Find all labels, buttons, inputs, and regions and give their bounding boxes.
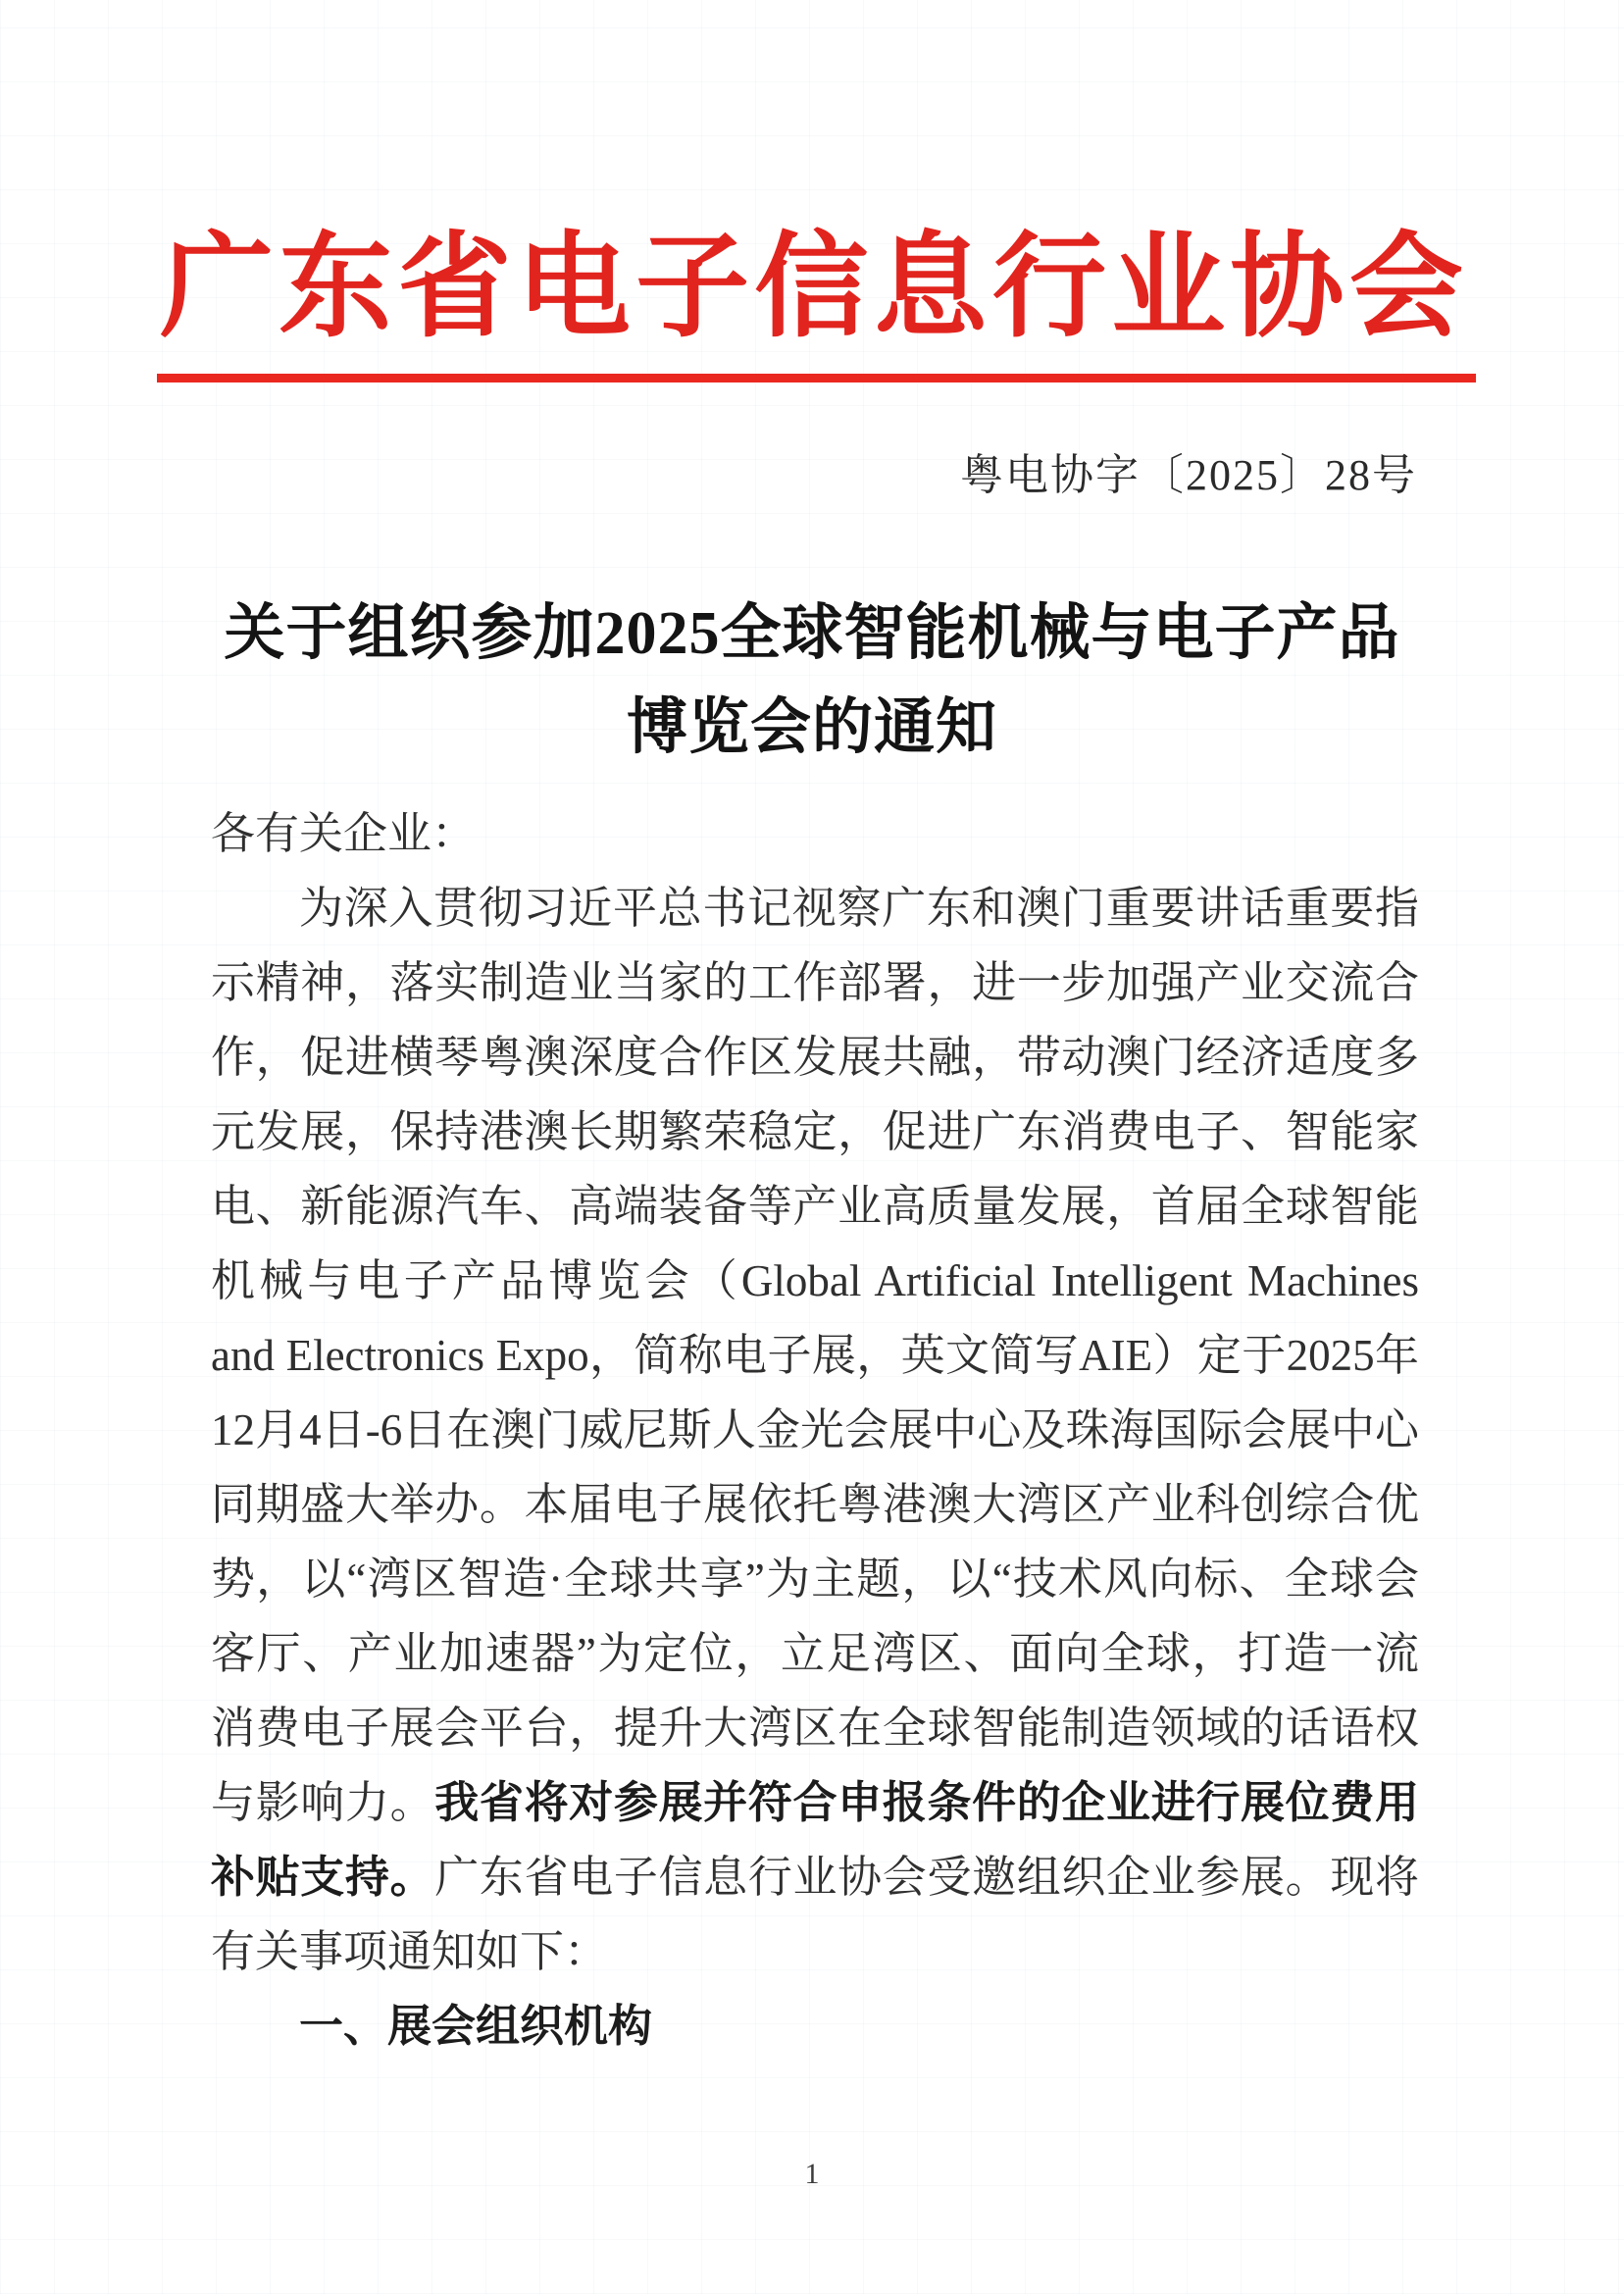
letterhead-org-name: 广东省电子信息行业协会 — [160, 218, 1464, 360]
main-paragraph: 为深入贯彻习近平总书记视察广东和澳门重要讲话重要指示精神，落实制造业当家的工作部… — [211, 871, 1419, 1989]
document-page: 广东省电子信息行业协会 粤电协字〔2025〕28号 关于组织参加2025全球智能… — [0, 0, 1624, 2294]
document-number: 粤电协字〔2025〕28号 — [960, 439, 1417, 502]
document-title-line2: 博览会的通知 — [0, 681, 1624, 775]
page-number: 1 — [0, 2158, 1624, 2191]
document-title-line1: 关于组织参加2025全球智能机械与电子产品 — [0, 586, 1624, 681]
letterhead-divider — [157, 374, 1476, 382]
paragraph-text: 为深入贯彻习近平总书记视察广东和澳门重要讲话重要指示精神，落实制造业当家的工作部… — [211, 884, 1419, 1827]
document-title: 关于组织参加2025全球智能机械与电子产品 博览会的通知 — [0, 586, 1624, 775]
section-heading-1: 一、展会组织机构 — [211, 1989, 1419, 2064]
salutation: 各有关企业： — [211, 796, 1419, 871]
document-body: 各有关企业： 为深入贯彻习近平总书记视察广东和澳门重要讲话重要指示精神，落实制造… — [211, 796, 1419, 2064]
